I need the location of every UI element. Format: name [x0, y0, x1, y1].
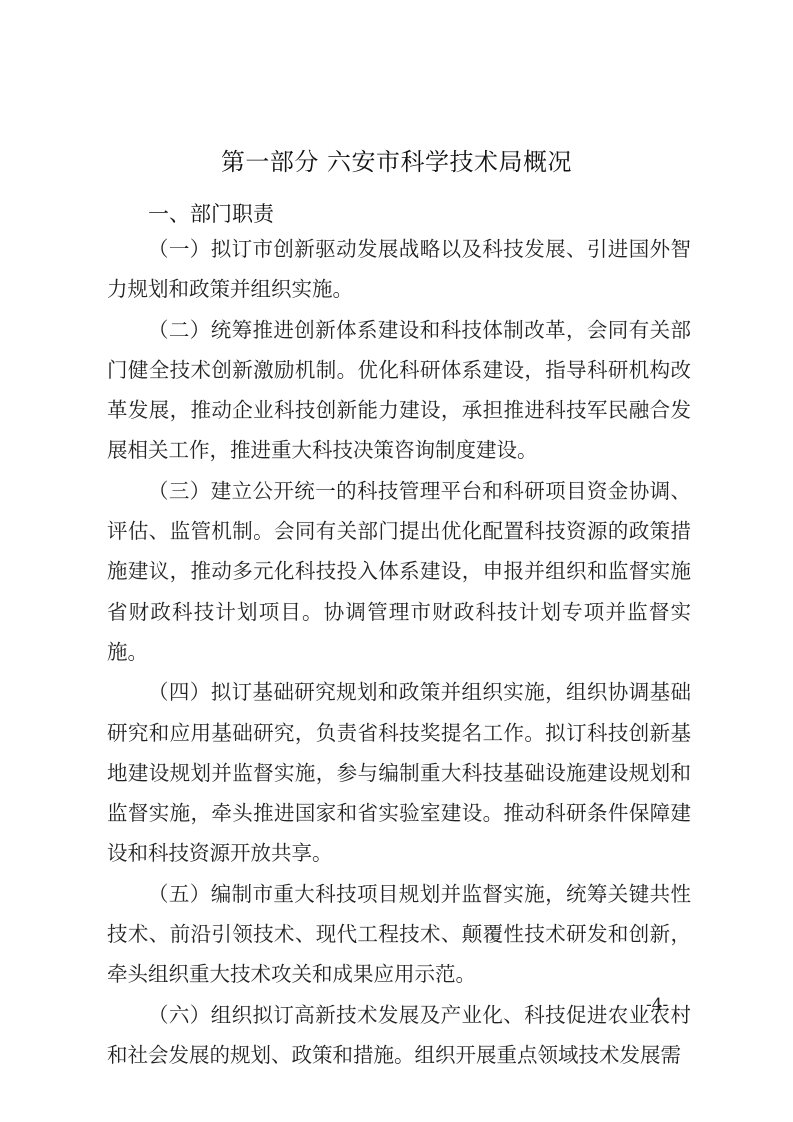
section-heading: 一、部门职责 — [148, 198, 274, 228]
paragraph-1: （一）拟订市创新驱动发展战略以及科技发展、引进国外智力规划和政策并组织实施。 — [107, 229, 691, 310]
paragraph-5: （五）编制市重大科技项目规划并监督实施，统筹关键共性技术、前沿引领技术、现代工程… — [107, 874, 691, 995]
paragraph-4: （四）拟订基础研究规划和政策并组织实施，组织协调基础研究和应用基础研究，负责省科… — [107, 672, 691, 873]
page-title: 第一部分 六安市科学技术局概况 — [0, 142, 793, 177]
paragraph-6: （六）组织拟订高新技术发展及产业化、科技促进农业农村和社会发展的规划、政策和措施… — [107, 995, 691, 1076]
document-body: （一）拟订市创新驱动发展战略以及科技发展、引进国外智力规划和政策并组织实施。 （… — [107, 229, 691, 1075]
paragraph-3: （三）建立公开统一的科技管理平台和科研项目资金协调、评估、监管机制。会同有关部门… — [107, 471, 691, 672]
paragraph-2: （二）统筹推进创新体系建设和科技体制改革，会同有关部门健全技术创新激励机制。优化… — [107, 310, 691, 471]
page-number: -4- — [646, 995, 668, 1015]
document-page: 第一部分 六安市科学技术局概况 一、部门职责 （一）拟订市创新驱动发展战略以及科… — [0, 0, 793, 1122]
